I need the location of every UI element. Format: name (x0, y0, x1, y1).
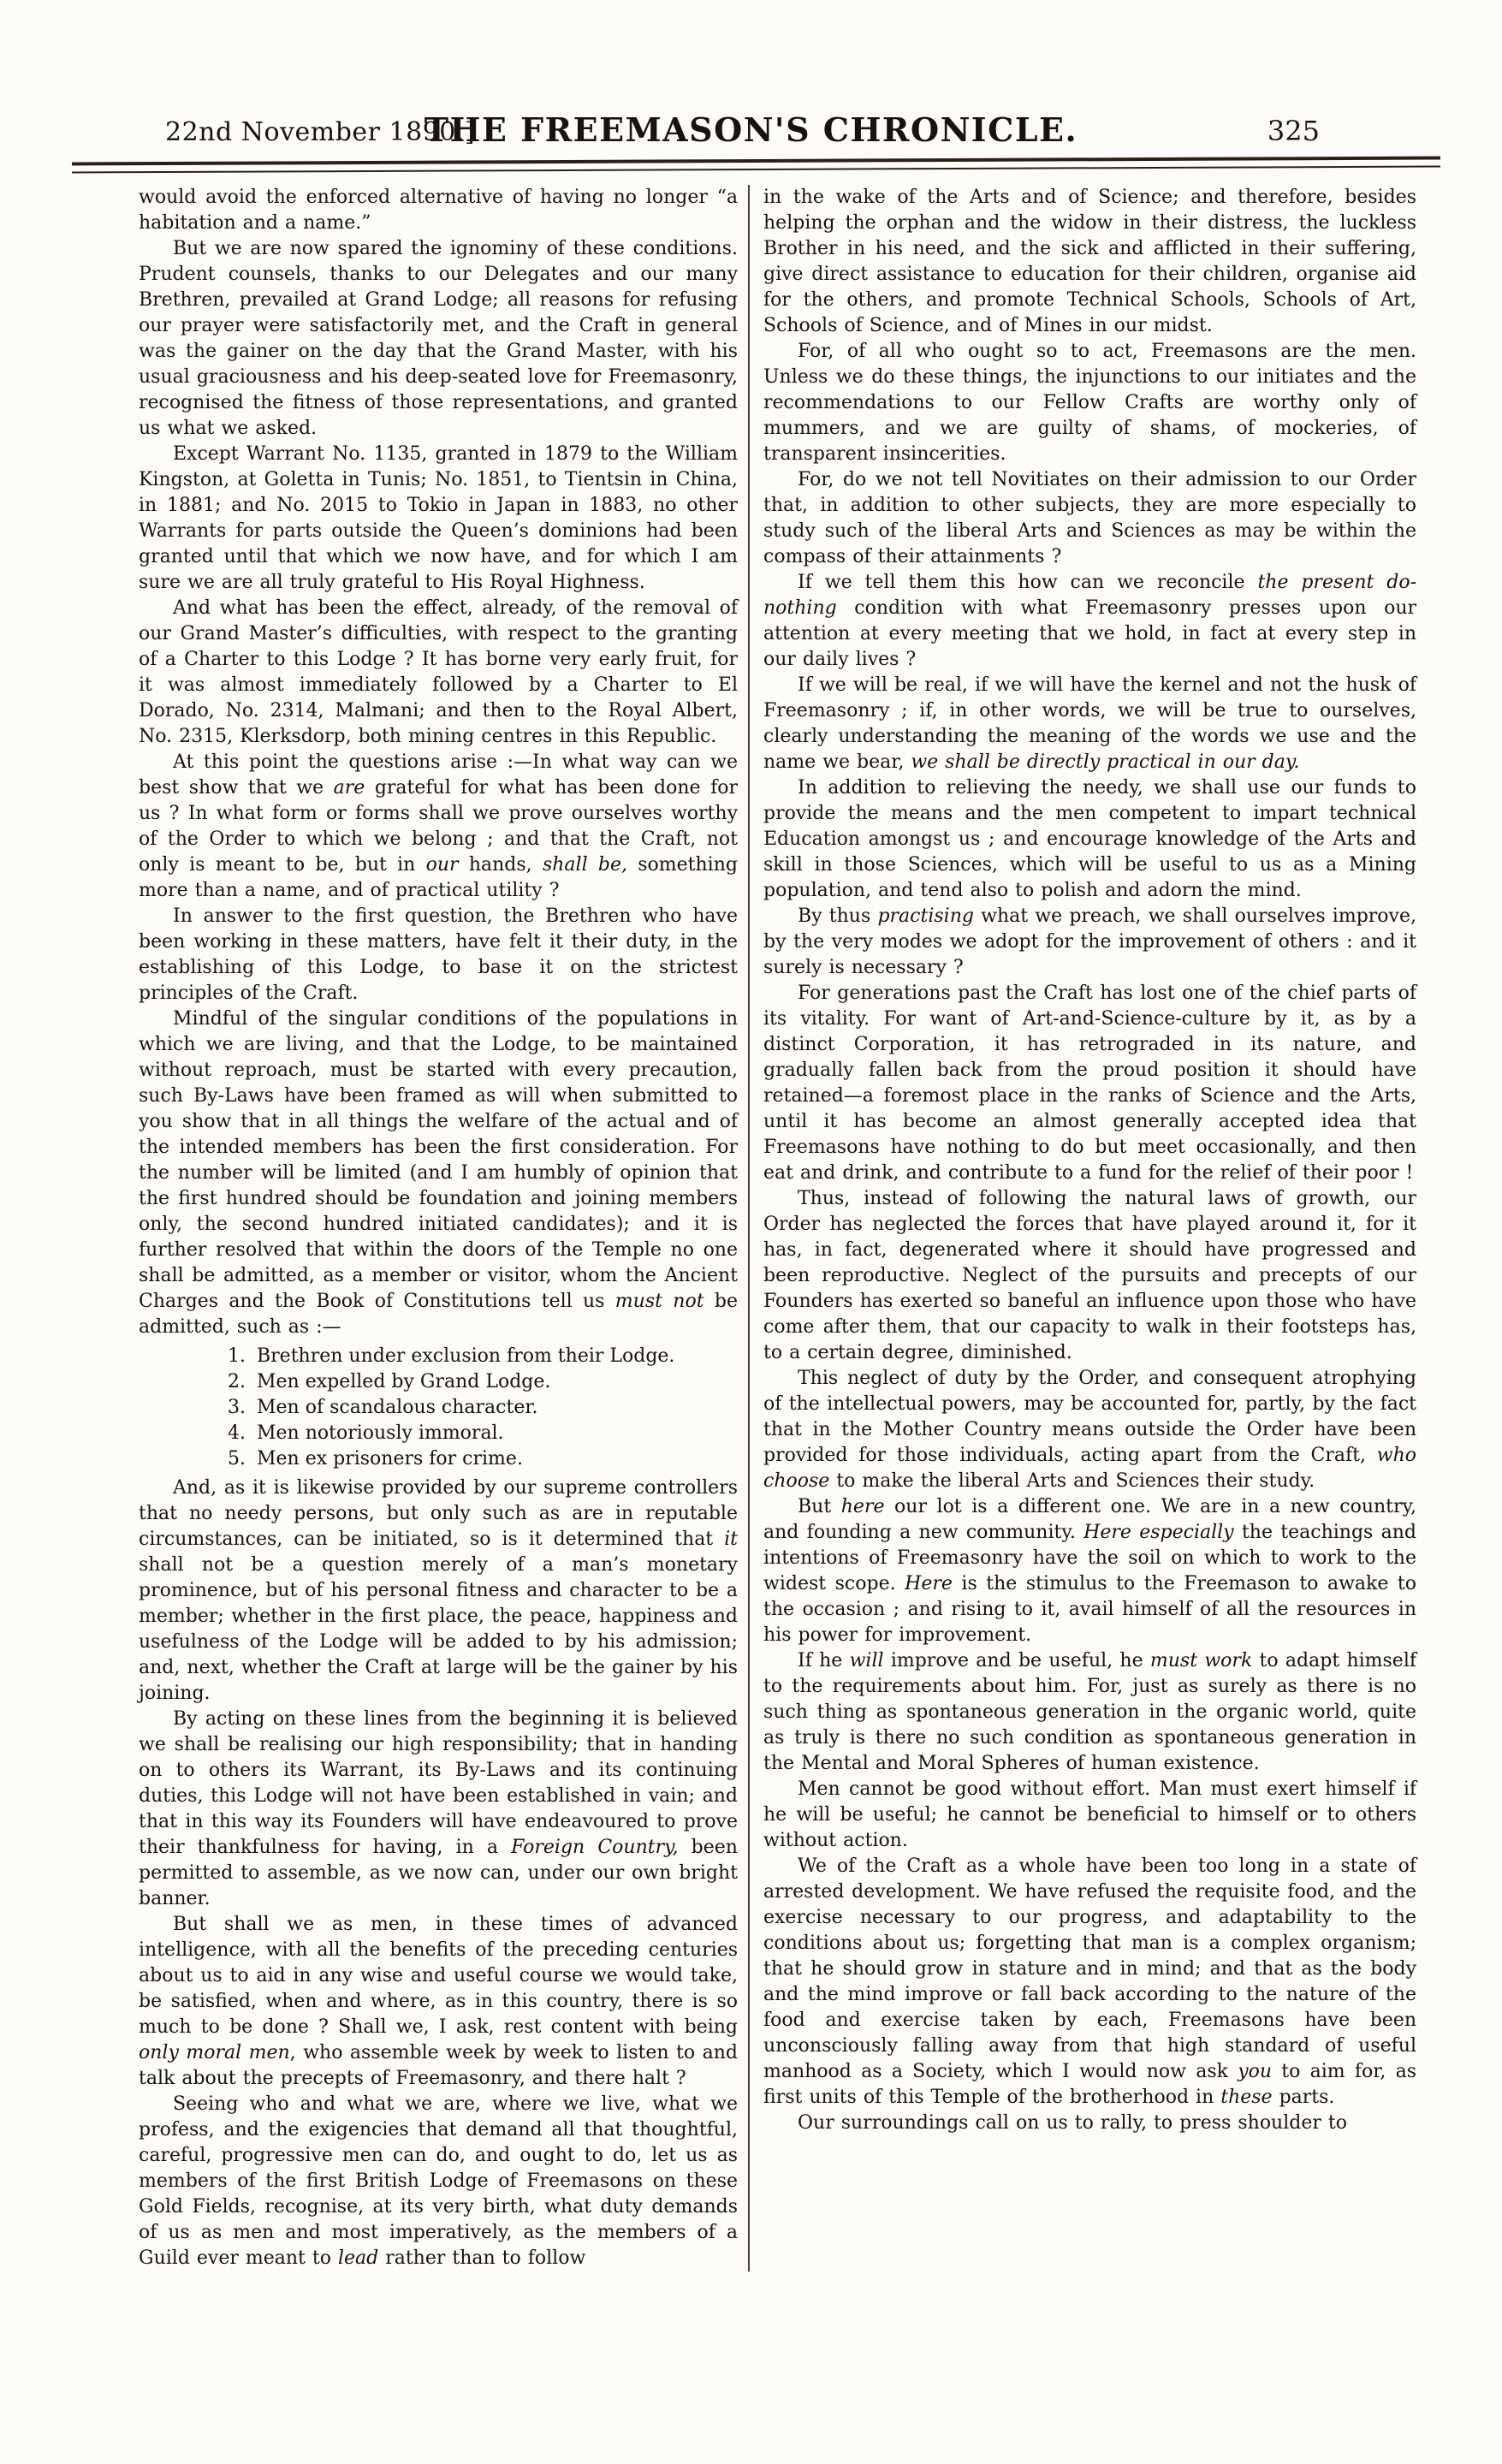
italic-text-run: Foreign Country, (511, 1837, 679, 1858)
italic-text-run: lead (338, 2247, 378, 2269)
paragraph: For, of all who ought so to act, Freemas… (763, 339, 1416, 467)
text-run: Mindful of the singular conditions of th… (139, 1008, 738, 1312)
paragraph: Mindful of the singular conditions of th… (139, 1006, 738, 1340)
text-run: rather than to follow (378, 2247, 585, 2269)
text-run: By acting on these lines from the beginn… (139, 1708, 738, 1858)
text-run: We of the Craft as a whole have been too… (763, 1855, 1416, 2082)
paragraph: By thus practising what we preach, we sh… (763, 904, 1416, 981)
italic-text-run: shall be, (543, 854, 627, 876)
text-run: improve and be useful, he (884, 1650, 1150, 1671)
newspaper-page: 22nd November 1890.] THE FREEMASON'S CHR… (0, 0, 1502, 2464)
paragraph: Our surroundings call on us to rally, to… (763, 2111, 1416, 2136)
italic-text-run: our (426, 854, 459, 876)
italic-text-run: must work (1150, 1650, 1252, 1671)
text-run: For generations past the Craft has lost … (763, 983, 1416, 1184)
text-run: If he (798, 1650, 850, 1671)
text-run: For, of all who ought so to act, Freemas… (763, 341, 1416, 465)
text-run: Men cannot be good without effort. Man m… (763, 1778, 1416, 1851)
text-run: shall not be a question merely of a man’… (139, 1554, 738, 1704)
italic-text-run: are (334, 777, 365, 799)
paragraph: If we will be real, if we will have the … (763, 673, 1416, 775)
italic-text-run: Here especially (1083, 1522, 1233, 1543)
paragraph: in the wake of the Arts and of Science; … (763, 185, 1416, 339)
italic-text-run: only moral men (139, 2042, 290, 2063)
paragraph: Seeing who and what we are, where we liv… (139, 2092, 738, 2271)
text-run: in the wake of the Arts and of Science; … (763, 187, 1416, 336)
paragraph: would avoid the enforced alternative of … (139, 185, 738, 236)
text-run: hands, (459, 854, 543, 876)
paragraph: We of the Craft as a whole have been too… (763, 1854, 1416, 2111)
list-item: Brethren under exclusion from their Lodg… (252, 1344, 738, 1369)
left-column: would avoid the enforced alternative of … (139, 185, 743, 2271)
text-run: This neglect of duty by the Order, and c… (763, 1368, 1416, 1466)
text-run: But shall we as men, in these times of a… (139, 1914, 738, 2038)
paragraph: By acting on these lines from the beginn… (139, 1707, 738, 1912)
paragraph: This neglect of duty by the Order, and c… (763, 1366, 1416, 1494)
text-run: Thus, instead of following the natural l… (763, 1188, 1416, 1363)
italic-text-run: it (724, 1529, 738, 1550)
text-run: would avoid the enforced alternative of … (139, 187, 738, 234)
italic-text-run: you (1238, 2061, 1272, 2082)
paragraph: But here our lot is a different one. We … (763, 1494, 1416, 1648)
text-run: But (798, 1496, 841, 1517)
text-run: But we are now spared the ignominy of th… (139, 238, 738, 439)
paragraph: Except Warrant No. 1135, granted in 1879… (139, 442, 738, 596)
text-run: to make the liberal Arts and Sciences th… (829, 1470, 1315, 1492)
text-run: And what has been the effect, already, o… (139, 597, 738, 747)
list-item: Men of scandalous character. (252, 1395, 738, 1421)
italic-text-run: will (850, 1650, 884, 1671)
text-run: If we tell them this how can we reconcil… (798, 572, 1257, 593)
text-run: For, do we not tell Novitiates on their … (763, 469, 1416, 567)
paragraph: But we are now spared the ignominy of th… (139, 236, 738, 442)
paragraph: For, do we not tell Novitiates on their … (763, 467, 1416, 570)
header-double-rule (72, 157, 1440, 174)
list-item: Men ex prisoners for crime. (252, 1446, 738, 1472)
italic-text-run: we shall be directly practical in our da… (911, 751, 1299, 773)
italic-text-run: here (841, 1496, 885, 1517)
text-run: condition with what Freemasonry presses … (763, 597, 1416, 670)
paragraph: And, as it is likewise provided by our s… (139, 1475, 738, 1707)
text-run: Except Warrant No. 1135, granted in 1879… (139, 443, 738, 593)
masthead-title: THE FREEMASON'S CHRONICLE. (424, 110, 1078, 149)
text-run: Our surroundings call on us to rally, to… (798, 2112, 1347, 2134)
list-item: Men notoriously immoral. (252, 1421, 738, 1446)
text-run: parts. (1273, 2087, 1335, 2108)
page-header: 22nd November 1890.] THE FREEMASON'S CHR… (0, 96, 1502, 149)
italic-text-run: Here (905, 1573, 953, 1594)
italic-text-run: these (1220, 2087, 1272, 2108)
text-run: Seeing who and what we are, where we liv… (139, 2093, 738, 2269)
page-number: 325 (1267, 115, 1320, 147)
right-column: in the wake of the Arts and of Science; … (750, 185, 1416, 2271)
paragraph: If we tell them this how can we reconcil… (763, 570, 1416, 673)
exclusion-list: Brethren under exclusion from their Lodg… (139, 1344, 738, 1472)
paragraph: Thus, instead of following the natural l… (763, 1186, 1416, 1366)
paragraph: If he will improve and be useful, he mus… (763, 1648, 1416, 1777)
paragraph: But shall we as men, in these times of a… (139, 1912, 738, 2092)
paragraph: At this point the questions arise :—In w… (139, 750, 738, 904)
paragraph: For generations past the Craft has lost … (763, 981, 1416, 1186)
italic-text-run: must not (615, 1291, 704, 1312)
text-run: By thus (798, 905, 877, 927)
article-columns: would avoid the enforced alternative of … (139, 185, 1416, 2271)
italic-text-run: practising (877, 905, 974, 927)
text-run: And, as it is likewise provided by our s… (139, 1477, 738, 1550)
paragraph: And what has been the effect, already, o… (139, 596, 738, 750)
text-run: In answer to the first question, the Bre… (139, 905, 738, 1004)
paragraph: In answer to the first question, the Bre… (139, 904, 738, 1006)
paragraph: In addition to relieving the needy, we s… (763, 775, 1416, 904)
paragraph: Men cannot be good without effort. Man m… (763, 1777, 1416, 1854)
text-run: In addition to relieving the needy, we s… (763, 777, 1416, 901)
list-item: Men expelled by Grand Lodge. (252, 1369, 738, 1395)
